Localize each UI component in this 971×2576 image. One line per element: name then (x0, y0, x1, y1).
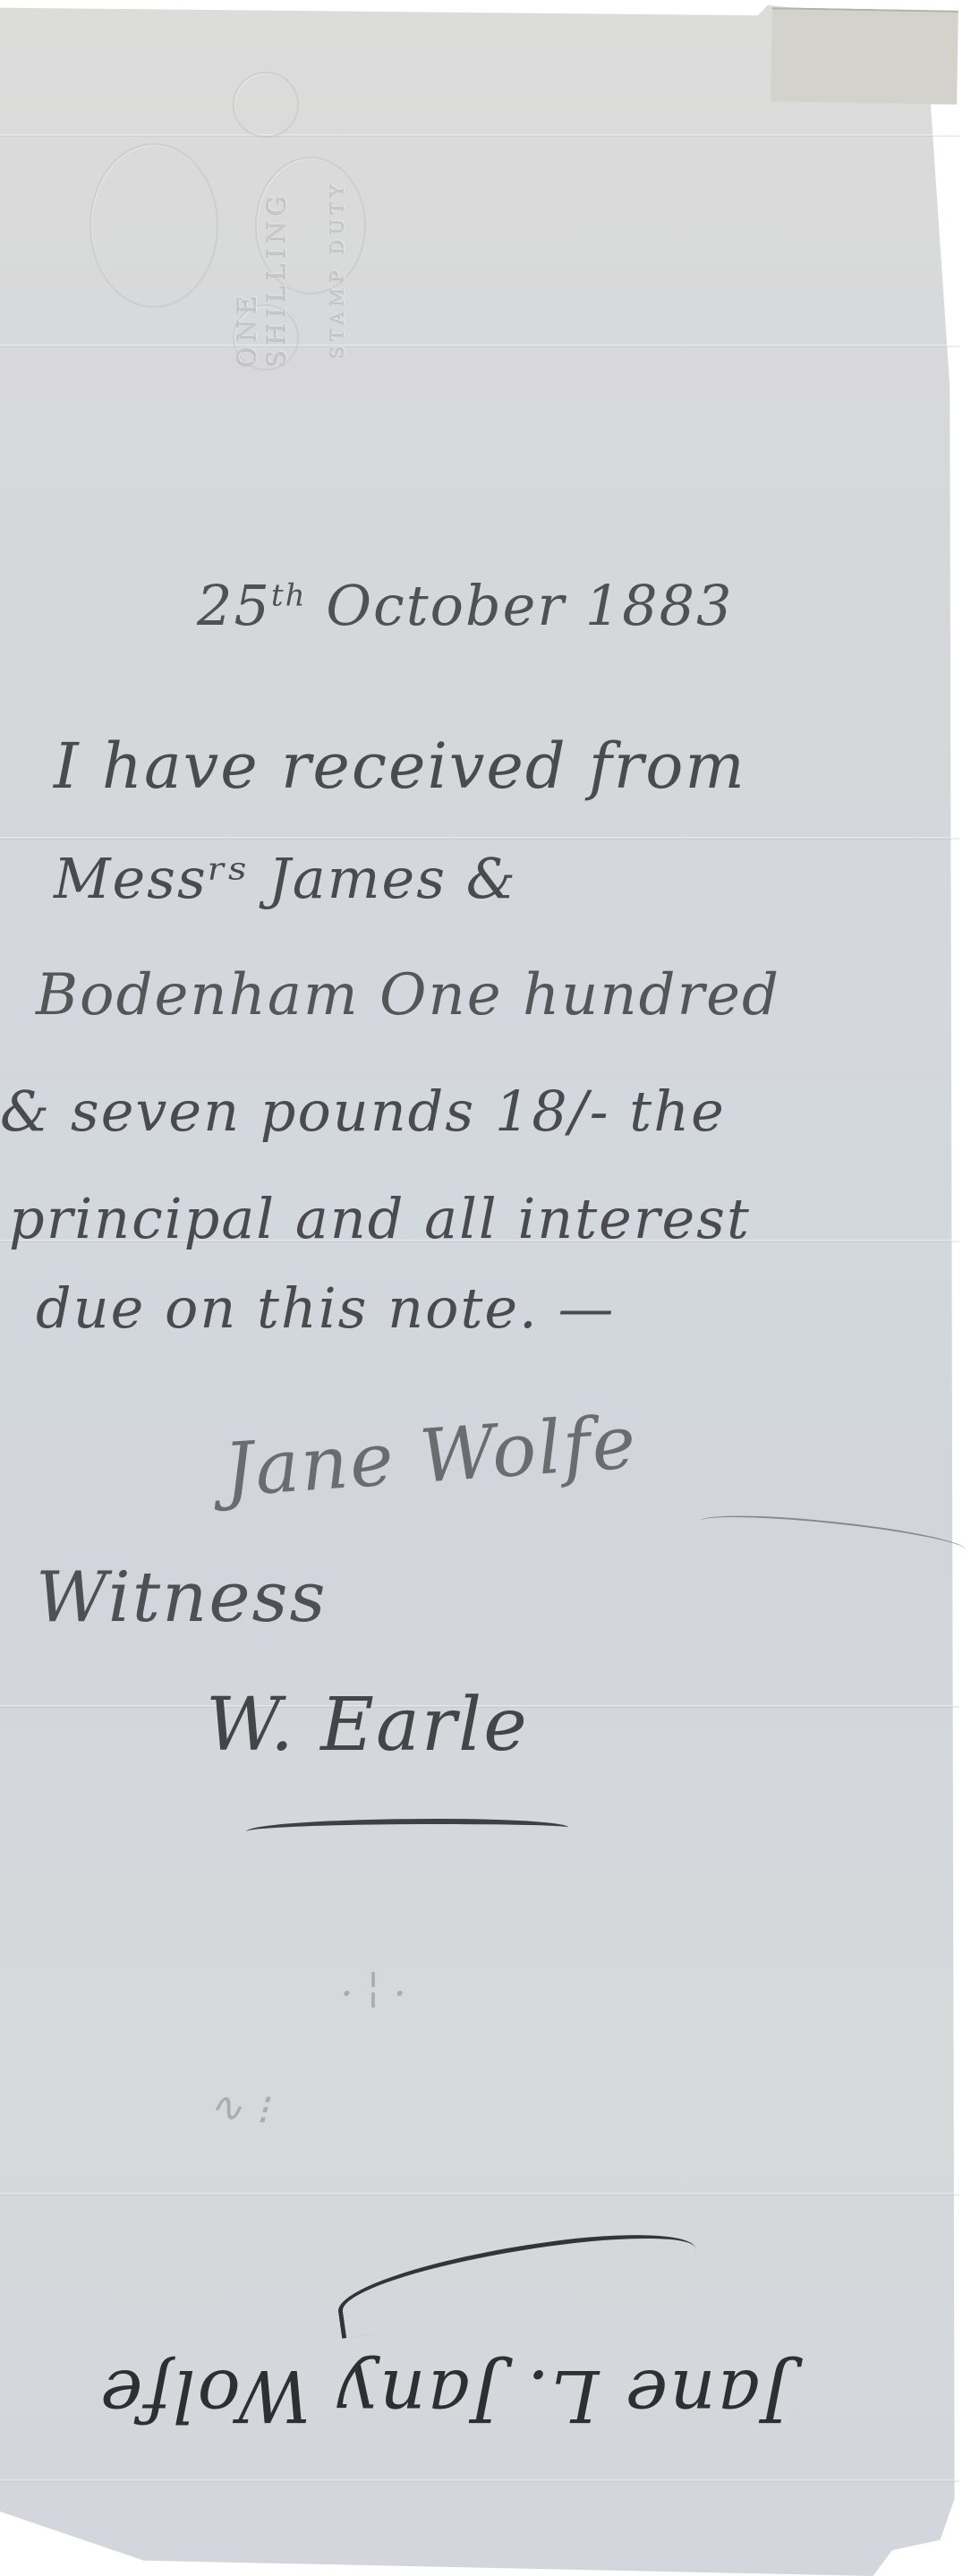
body-line-1: I have received from (54, 729, 746, 803)
bleed-through-marks: · ¦ · (340, 1969, 406, 2017)
date-month: October (326, 573, 566, 638)
body-line-6: due on this note. — (36, 1275, 615, 1341)
date-line: 25th October 1883 (197, 573, 734, 638)
date-day: 25 (197, 573, 271, 638)
date-year: 1883 (585, 573, 734, 638)
body-line-5: principal and all interest (9, 1186, 751, 1251)
stamp-roundel-top-icon (233, 72, 299, 138)
date-suffix: th (271, 577, 307, 613)
bleed-through-marks: ⁝ ∿ (215, 2086, 276, 2134)
stamp-crest-icon (89, 143, 218, 308)
fold-line (0, 2479, 959, 2482)
inverted-endorsement: Jane L. Jany Wolfe (98, 2354, 790, 2437)
torn-corner-flap (771, 7, 958, 105)
stamp-value-text: ONE SHILLING (233, 170, 292, 367)
witness-label: Witness (36, 1557, 328, 1638)
body-line-3: Bodenham One hundred (36, 962, 780, 1028)
fold-line (0, 837, 959, 840)
fold-line (0, 2193, 959, 2196)
body-line-2: Messʳˢ James & (54, 846, 517, 911)
stamp-duty-text: STAMP DUTY (327, 179, 348, 358)
embossed-stamp: ONE SHILLING STAMP DUTY (89, 72, 376, 367)
witness-signature: W. Earle (206, 1683, 529, 1768)
body-line-4: & seven pounds 18/- the (0, 1079, 726, 1144)
